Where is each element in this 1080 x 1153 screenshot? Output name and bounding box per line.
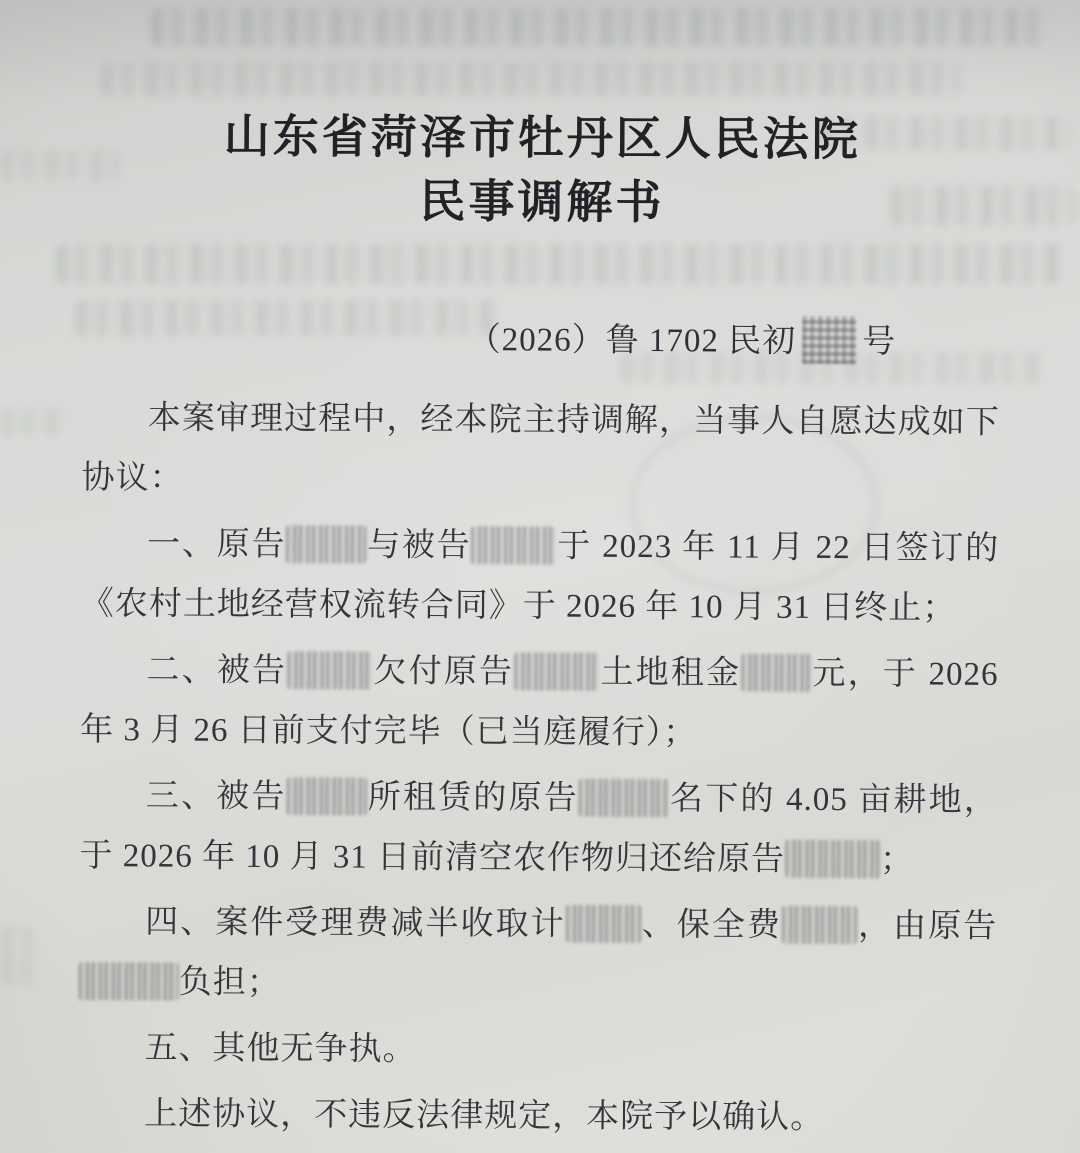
bleed-through-smudge-left [0, 408, 60, 436]
redacted-defendant-name [287, 651, 372, 689]
redacted-case-number-digits [802, 316, 856, 364]
case-number-suffix: 号 [862, 324, 896, 360]
redacted-plaintiff-name [514, 652, 599, 690]
agreement-item-3: 三、被告所租赁的原告名下的 4.05 亩耕地，于 2026 年 10 月 31 … [79, 766, 998, 891]
item1-text: 与被告 [366, 528, 471, 565]
item3-text: 所租赁的原告 [366, 780, 578, 817]
redacted-plaintiff-name [286, 525, 366, 563]
document-title: 民事调解书 [83, 168, 1001, 237]
item4-text: 四、案件受理费减半收取计 [145, 904, 566, 942]
item2-text: 土地租金 [599, 655, 741, 692]
agreement-item-1: 一、原告与被告于 2023 年 11 月 22 日签订的《农村土地经营权流转合同… [81, 514, 1000, 639]
item3-text: 三、被告 [146, 778, 287, 815]
redacted-preservation-fee-amount [782, 906, 857, 944]
item4-text: ，由原告 [857, 908, 997, 945]
redacted-plaintiff-name [579, 779, 669, 817]
bleed-through-smudge-bottom-left [0, 926, 40, 986]
item3-text: ； [880, 842, 914, 878]
redacted-court-fee-amount [566, 905, 641, 943]
item1-text: 一、原告 [147, 526, 286, 563]
redacted-defendant-name [471, 526, 556, 564]
item4-text: 负担； [179, 965, 281, 1002]
redacted-plaintiff-name [785, 840, 880, 878]
agreement-item-4: 四、案件受理费减半收取计、保全费，由原告负担； [79, 892, 998, 1017]
intro-paragraph: 本案审理过程中，经本院主持调解，当事人自愿达成如下协议： [81, 388, 1000, 513]
redacted-plaintiff-name [79, 962, 179, 1001]
case-number-line: （2026）鲁 1702 民初号 [82, 308, 1000, 373]
redacted-rent-amount [741, 654, 811, 692]
agreement-item-2: 二、被告欠付原告土地租金元，于 2026 年 3 月 26 日前支付完毕（已当庭… [80, 640, 999, 765]
item2-text: 二、被告 [146, 652, 287, 689]
agreement-item-5: 五、其他无争执。 [78, 1018, 996, 1083]
item4-text: 、保全费 [641, 907, 782, 944]
mediation-document: 山东省菏泽市牡丹区人民法院 民事调解书 （2026）鲁 1702 民初号 本案审… [78, 0, 1002, 1149]
item2-text: 欠付原告 [372, 654, 514, 691]
case-number-prefix: （2026）鲁 1702 民初 [468, 322, 797, 360]
redacted-defendant-name [286, 777, 366, 815]
court-name-heading: 山东省菏泽市牡丹区人民法院 [83, 104, 1001, 173]
confirmation-paragraph: 上述协议，不违反法律规定，本院予以确认。 [78, 1084, 996, 1149]
